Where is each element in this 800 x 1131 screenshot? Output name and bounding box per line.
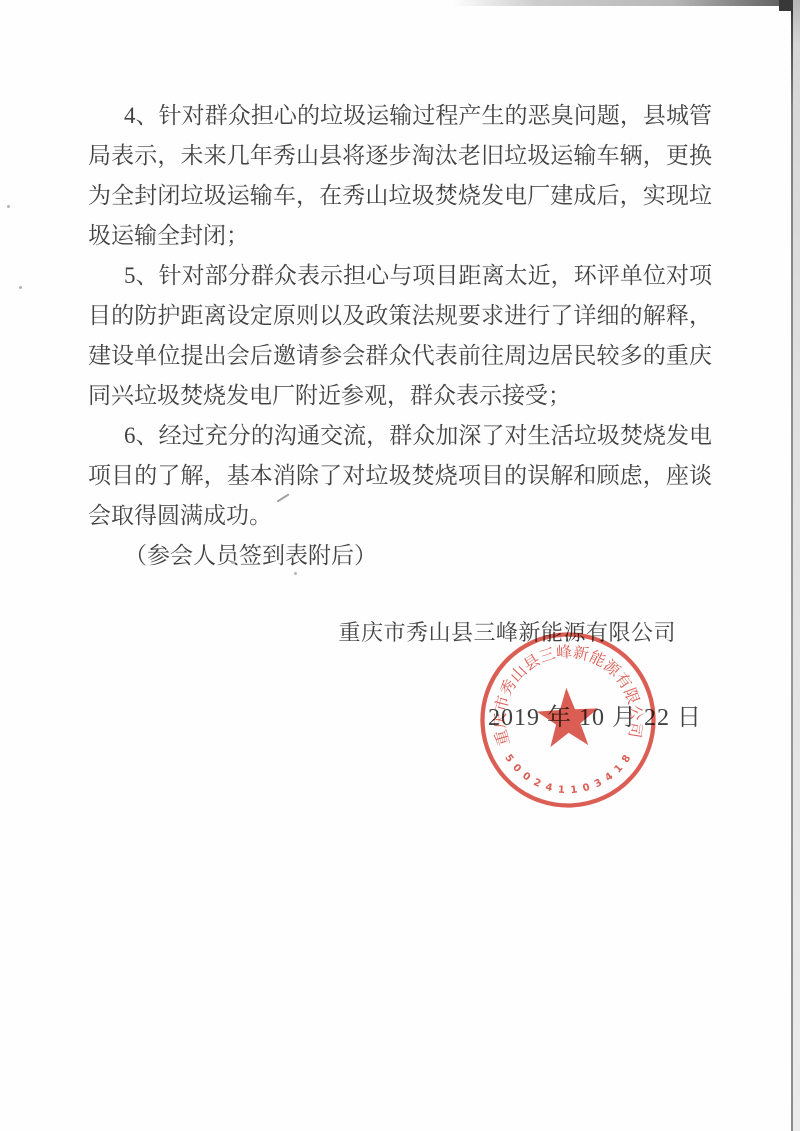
scan-speck [294,572,297,575]
scan-edge-line [791,0,793,1131]
paragraph-item-5: 5、针对部分群众表示担心与项目距离太近，环评单位对项目的防护距离设定原则以及政策… [88,256,712,416]
seal-star-icon [536,686,600,748]
scan-speck [19,286,22,289]
paragraph-item-4: 4、针对群众担心的垃圾运输过程产生的恶臭问题，县城管局表示，未来几年秀山县将逐步… [88,96,712,256]
company-seal-stamp-icon: 重庆市秀山县三峰新能源有限公司 5002411034180 [468,620,668,820]
scan-speck [7,205,10,208]
scan-speck [231,561,235,564]
scanned-document-page: 4、针对群众担心的垃圾运输过程产生的恶臭问题，县城管局表示，未来几年秀山县将逐步… [0,0,800,1131]
scan-corner-mark [779,0,793,11]
scan-edge-shadow [793,0,800,1131]
scan-top-smudge [452,0,792,6]
paragraph-item-6: 6、经过充分的沟通交流，群众加深了对生活垃圾焚烧发电项目的了解，基本消除了对垃圾… [88,416,712,536]
attachment-note: （参会人员签到表附后） [88,536,712,576]
scan-speck [291,555,294,558]
